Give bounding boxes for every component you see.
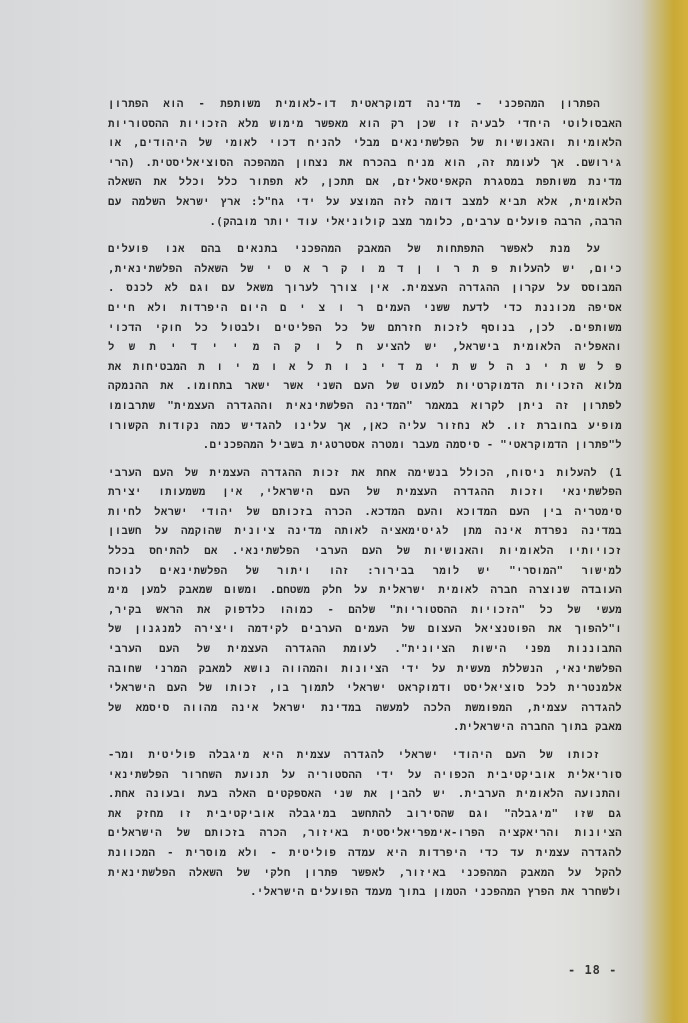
text-line: להגדרה עצמית, המפומשת הלכה למעשה במדינת … (108, 699, 622, 719)
document-body: הפתרון המהפכני - מדינה דמוקראטית דו-לאומ… (108, 95, 622, 911)
text-line: מעשי של כל "הזכויות ההסטוריות" שלהם - כמ… (108, 601, 622, 621)
text-line: ל"פתרון הדמוקראטי" - סיסמה מעבר ומטרה אס… (108, 436, 622, 456)
scanned-document-page: הפתרון המהפכני - מדינה דמוקראטית דו-לאומ… (0, 0, 688, 1023)
text-line: הפלשתינאי וזכות ההגדרה העצמית של העם היש… (108, 483, 622, 503)
text-line: מאבק בתוך החברה הישראלית. (108, 718, 622, 738)
page-number: - 18 - (568, 963, 617, 977)
text-line: התבוננות מפני הישות הציונית". לעומת ההגד… (108, 640, 622, 660)
text-line: הציונות והריאקציה הפרו-אימפריאליסטית באי… (108, 824, 622, 844)
paragraph-democratic-solution: על מנת לאפשר התפתחות של המאבק המהפכני בת… (108, 240, 622, 456)
text-line: מלוא הזכויות הדמוקרטיות למעוט של העם השנ… (108, 377, 622, 397)
text-line: הלאומית, אלא תביא למצב דומה לזה המוצע על… (108, 193, 622, 213)
text-line: זכותו של העם היהודי ישראלי להגדרה עצמית … (108, 746, 622, 766)
text-line: גירושם. אך לעומת זה, הוא מניח בהכרח את נ… (108, 154, 622, 174)
text-line: והתנועה הלאומית הערבית. יש להבין את שני … (108, 785, 622, 805)
text-line: העובדה שנוצרה חברה לאומית ישראלית על חלק… (108, 581, 622, 601)
text-line: גם שזו "מיגבלה" וגם שהסירוב להתחשב במיגב… (108, 805, 622, 825)
text-line: מדינת משותפת במסגרת הקאפיטאליזם, אם תתכן… (108, 173, 622, 193)
text-line: כיום, יש להעלות פ ת ר ו ן ד מ ו ק ר א ט … (108, 260, 622, 280)
paragraph-point-1: 1) להעלות ניסוח, הכולל בנשימה אחת את זכו… (108, 464, 622, 738)
page-binding-edge (640, 0, 688, 1023)
text-line: להגדרה עצמית עד כדי היפרדות היא עמדה פול… (108, 844, 622, 864)
text-line: משותפים. לכן, בנוסף לזכות חזרתם של כל הפ… (108, 319, 622, 339)
text-line: להקל על המאבק המהפכני באיזור, לאפשר פתרו… (108, 864, 622, 884)
text-line: והאפליה הלאומית בישראל, יש להציע ח ל ו ק… (108, 338, 622, 358)
text-line: במדינה נפרדת אינה מתן לגיטימאציה לאותה מ… (108, 522, 622, 542)
text-line: סוריאלית אוביקטיבית הכפויה על ידי ההסטור… (108, 766, 622, 786)
text-line: אסיפה מכוננת כדי לדעת ששני העמים ר ו צ י… (108, 299, 622, 319)
text-line: הפתרון המהפכני - מדינה דמוקראטית דו-לאומ… (108, 95, 622, 115)
text-line: על מנת לאפשר התפתחות של המאבק המהפכני בת… (108, 240, 622, 260)
text-line: הרבה, הרבה פועלים ערבים, כלומר מצב קולונ… (108, 213, 622, 233)
text-line: מופיע בחוברת זו. לא נחזור עליה כאן, אך ע… (108, 417, 622, 437)
text-line: סימטריה בין העם המדוכא והעם המדכא. הכרה … (108, 503, 622, 523)
text-line: למישור "המוסרי" יש לומר בבירור: זהו ויתו… (108, 562, 622, 582)
text-line: הלאומיות והאנושיות של הפלשתינאים מבלי לה… (108, 134, 622, 154)
paragraph-self-determination: זכותו של העם היהודי ישראלי להגדרה עצמית … (108, 746, 622, 903)
text-line: המבוסס על עקרון ההגדרה העצמית. אין צורך … (108, 279, 622, 299)
text-line: זכויותיו הלאומיות והאנושיות של העם הערבי… (108, 542, 622, 562)
text-line: האבסולוטי היחדי לבעיה זו שכן רק הוא מאפש… (108, 115, 622, 135)
text-line: ולשחרר את הפרץ המהפכני הטמון בתוך מעמד ה… (108, 883, 622, 903)
text-line: 1) להעלות ניסוח, הכולל בנשימה אחת את זכו… (108, 464, 622, 484)
text-line: פ ל ש ת י נ ה ל ש ת י מ ד י נ ו ת ל א ו … (108, 358, 622, 378)
text-line: הפלשתינאי, הנשללת מעשית על ידי הציונות ו… (108, 660, 622, 680)
text-line: ו"להפוך את הפוטנציאל העצום של העמים הערב… (108, 620, 622, 640)
text-line: לפתרון זה ניתן לקרוא במאמר "המדינה הפלשת… (108, 397, 622, 417)
paragraph-intro: הפתרון המהפכני - מדינה דמוקראטית דו-לאומ… (108, 95, 622, 232)
text-line: אלמנטרית לכל סוציאליסט ודמוקראט ישראלי ל… (108, 679, 622, 699)
